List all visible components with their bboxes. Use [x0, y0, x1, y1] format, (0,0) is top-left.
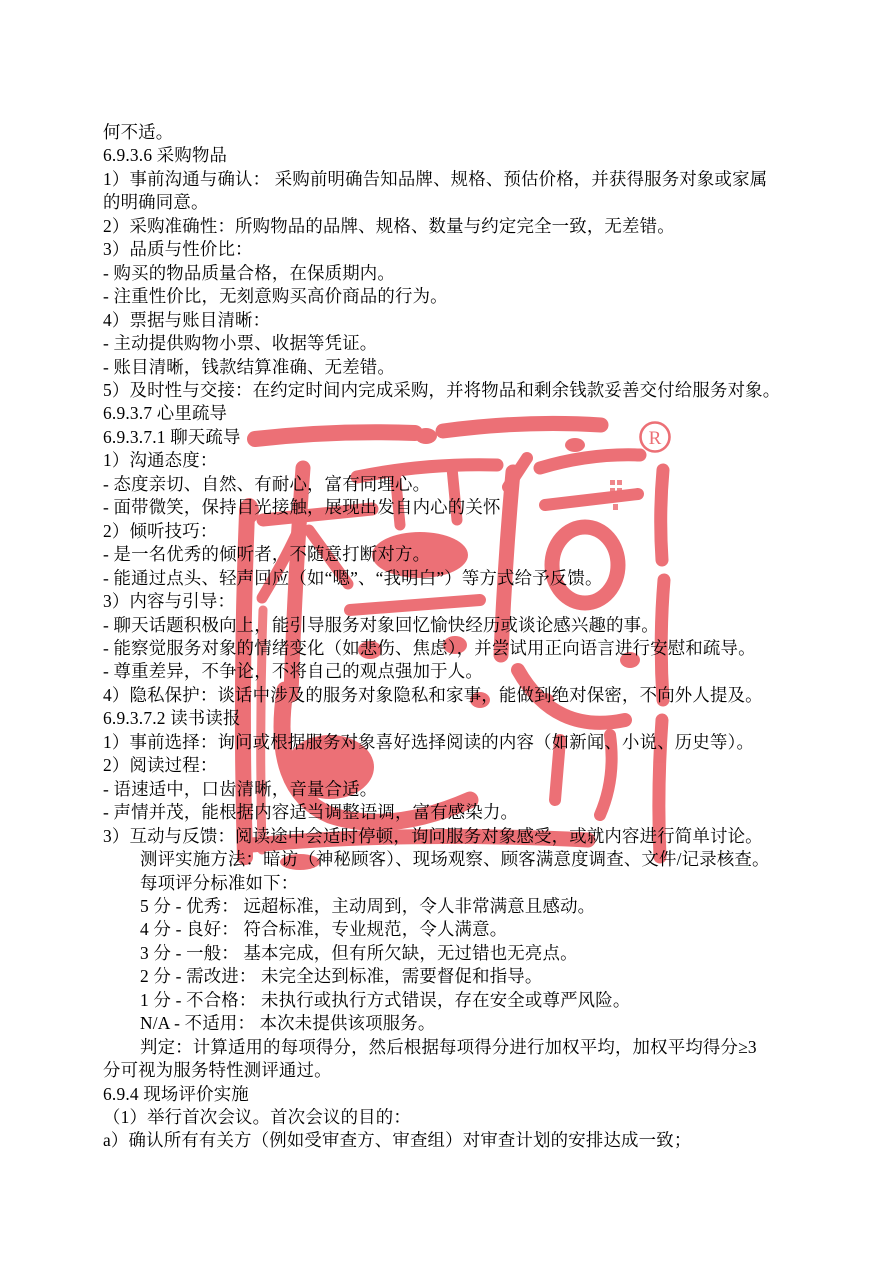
text-line: 4）票据与账目清晰： — [103, 309, 803, 332]
text-line: 6.9.3.7 心里疏导 — [103, 402, 803, 425]
text-line: 何不适。 — [103, 121, 803, 144]
text-line: - 能察觉服务对象的情绪变化（如悲伤、焦虑），并尝试用正向语言进行安慰和疏导。 — [103, 637, 803, 660]
text-line: - 语速适中，口齿清晰，音量合适。 — [103, 778, 803, 801]
text-line: 的明确同意。 — [103, 191, 803, 214]
text-line: 1）事前沟通与确认： 采购前明确告知品牌、规格、预估价格，并获得服务对象或家属 — [103, 168, 803, 191]
text-line: 4）隐私保护：谈话中涉及的服务对象隐私和家事，能做到绝对保密，不向外人提及。 — [103, 684, 803, 707]
text-line: 4 分 - 良好： 符合标准，专业规范，令人满意。 — [103, 918, 803, 941]
text-line: 6.9.3.6 采购物品 — [103, 144, 803, 167]
text-line: 2 分 - 需改进： 未完全达到标准，需要督促和指导。 — [103, 965, 803, 988]
text-line: 6.9.3.7.1 聊天疏导 — [103, 426, 803, 449]
text-line: 分可视为服务特性测评通过。 — [103, 1059, 803, 1082]
text-line: 5 分 - 优秀： 远超标准，主动周到，令人非常满意且感动。 — [103, 895, 803, 918]
text-line: 2）阅读过程： — [103, 754, 803, 777]
document-text-block: 何不适。 6.9.3.6 采购物品 1）事前沟通与确认： 采购前明确告知品牌、规… — [103, 121, 803, 1153]
text-line: - 尊重差异，不争论，不将自己的观点强加于人。 — [103, 660, 803, 683]
text-line: 3）品质与性价比： — [103, 238, 803, 261]
text-line: a）确认所有有关方（例如受审查方、审查组）对审查计划的安排达成一致； — [103, 1129, 803, 1152]
text-line: 1 分 - 不合格： 未执行或执行方式错误，存在安全或尊严风险。 — [103, 989, 803, 1012]
text-line: 6.9.3.7.2 读书读报 — [103, 707, 803, 730]
text-line: 测评实施方法：暗访（神秘顾客）、现场观察、顾客满意度调查、文件/记录核查。 — [103, 848, 803, 871]
text-line: - 聊天话题积极向上，能引导服务对象回忆愉快经历或谈论感兴趣的事。 — [103, 614, 803, 637]
text-line: 1）事前选择：询问或根据服务对象喜好选择阅读的内容（如新闻、小说、历史等）。 — [103, 731, 803, 754]
text-line: 每项评分标准如下： — [103, 872, 803, 895]
text-line: - 购买的物品质量合格，在保质期内。 — [103, 262, 803, 285]
text-line: 2）倾听技巧： — [103, 520, 803, 543]
text-line: 1）沟通态度： — [103, 449, 803, 472]
text-line: - 主动提供购物小票、收据等凭证。 — [103, 332, 803, 355]
text-line: N/A - 不适用： 本次未提供该项服务。 — [103, 1012, 803, 1035]
text-line: - 是一名优秀的倾听者，不随意打断对方。 — [103, 543, 803, 566]
text-line: 3 分 - 一般： 基本完成，但有所欠缺，无过错也无亮点。 — [103, 942, 803, 965]
text-line: 5）及时性与交接：在约定时间内完成采购，并将物品和剩余钱款妥善交付给服务对象。 — [103, 379, 803, 402]
text-line: 3）内容与引导： — [103, 590, 803, 613]
text-line: （1）举行首次会议。首次会议的目的： — [103, 1106, 803, 1129]
text-line: - 声情并茂，能根据内容适当调整语调，富有感染力。 — [103, 801, 803, 824]
text-line: 3）互动与反馈：阅读途中会适时停顿，询问服务对象感受，或就内容进行简单讨论。 — [103, 825, 803, 848]
text-line: 2）采购准确性：所购物品的品牌、规格、数量与约定完全一致，无差错。 — [103, 215, 803, 238]
text-line: 判定：计算适用的每项得分，然后根据每项得分进行加权平均，加权平均得分≥3 — [103, 1036, 803, 1059]
text-line: 6.9.4 现场评价实施 — [103, 1083, 803, 1106]
document-page: R — [0, 0, 892, 1262]
text-line: - 能通过点头、轻声回应（如“嗯”、“我明白”）等方式给予反馈。 — [103, 567, 803, 590]
text-line: - 态度亲切、自然、有耐心，富有同理心。 — [103, 473, 803, 496]
text-line: - 面带微笑，保持目光接触，展现出发自内心的关怀 — [103, 496, 803, 519]
text-line: - 注重性价比，无刻意购买高价商品的行为。 — [103, 285, 803, 308]
text-line: - 账目清晰，钱款结算准确、无差错。 — [103, 356, 803, 379]
